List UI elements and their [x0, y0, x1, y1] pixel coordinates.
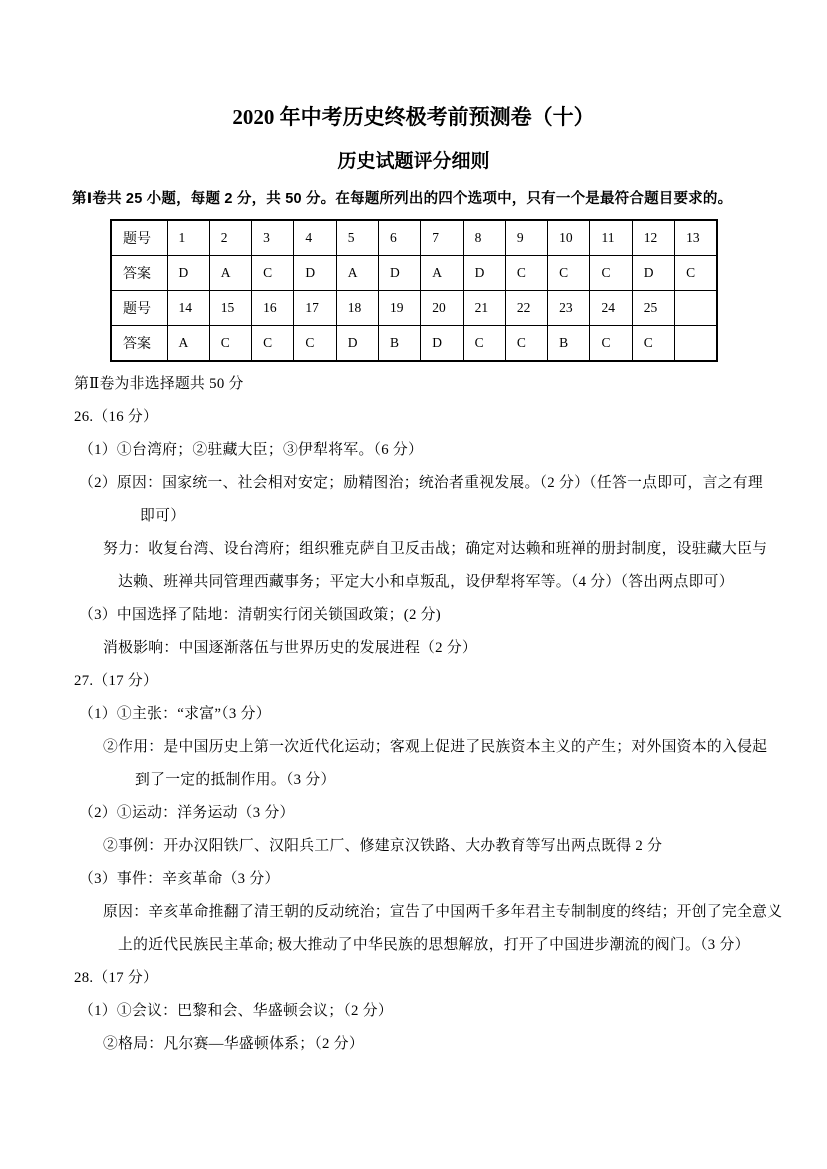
answer-line: 28.（17 分）	[72, 962, 755, 995]
answer-cell: 22	[505, 291, 547, 326]
answer-cell: D	[336, 326, 378, 362]
answer-cell: C	[294, 326, 336, 362]
answer-cell: C	[675, 256, 717, 291]
row-header-cell: 题号	[111, 220, 167, 256]
answer-table: 题号12345678910111213答案DACDADADCCCDC题号1415…	[110, 219, 718, 362]
answer-cell: 12	[632, 220, 674, 256]
answer-cell: 18	[336, 291, 378, 326]
answer-cell: C	[590, 326, 632, 362]
answer-cell: C	[463, 326, 505, 362]
answer-cell: A	[209, 256, 251, 291]
answer-line: 27.（17 分）	[72, 665, 755, 698]
row-header-cell: 答案	[111, 256, 167, 291]
answer-cell: C	[590, 256, 632, 291]
answer-cell: C	[252, 326, 294, 362]
row-header-cell: 答案	[111, 326, 167, 362]
answer-cell: 17	[294, 291, 336, 326]
document-page: 2020 年中考历史终极考前预测卷（十） 历史试题评分细则 第Ⅰ卷共 25 小题…	[0, 0, 827, 1169]
answer-line: （1）①主张：“求富”（3 分）	[72, 698, 755, 731]
answer-cell: D	[167, 256, 209, 291]
document-subtitle: 历史试题评分细则	[0, 151, 827, 173]
answer-cell: 20	[421, 291, 463, 326]
answer-cell	[675, 326, 717, 362]
answer-table-row: 题号141516171819202122232425	[111, 291, 717, 326]
answer-cell: A	[421, 256, 463, 291]
answer-cell: 8	[463, 220, 505, 256]
answer-line: 原因：辛亥革命推翻了清王朝的反动统治；宣告了中国两千多年君主专制制度的终结；开创…	[72, 896, 755, 929]
answer-cell: C	[252, 256, 294, 291]
answer-cell: C	[505, 256, 547, 291]
answer-cell: 10	[548, 220, 590, 256]
answer-cell: B	[548, 326, 590, 362]
answer-cell	[675, 291, 717, 326]
answer-line: 即可）	[72, 500, 755, 533]
answer-cell: 6	[378, 220, 420, 256]
answer-cell: A	[336, 256, 378, 291]
answer-cell: B	[378, 326, 420, 362]
answer-cell: 9	[505, 220, 547, 256]
answer-line: （2）原因：国家统一、社会相对安定；励精图治；统治者重视发展。（2 分）（任答一…	[72, 467, 755, 500]
answer-cell: C	[632, 326, 674, 362]
row-header-cell: 题号	[111, 291, 167, 326]
answer-line: ②事例：开办汉阳铁厂、汉阳兵工厂、修建京汉铁路、大办教育等写出两点既得 2 分	[72, 830, 755, 863]
answer-line: 达赖、班禅共同管理西藏事务；平定大小和卓叛乱，设伊犁将军等。（4 分）（答出两点…	[72, 566, 755, 599]
answer-cell: 23	[548, 291, 590, 326]
answer-line: （3）事件：辛亥革命（3 分）	[72, 863, 755, 896]
answer-cell: 11	[590, 220, 632, 256]
answer-cell: 15	[209, 291, 251, 326]
answer-table-row: 答案DACDADADCCCDC	[111, 256, 717, 291]
answer-cell: 4	[294, 220, 336, 256]
answer-line: 到了一定的抵制作用。（3 分）	[72, 764, 755, 797]
answer-cell: 2	[209, 220, 251, 256]
answer-cell: 3	[252, 220, 294, 256]
answer-line: 努力：收复台湾、设台湾府；组织雅克萨自卫反击战；确定对达赖和班禅的册封制度，设驻…	[72, 533, 755, 566]
answer-line: （2）①运动：洋务运动（3 分）	[72, 797, 755, 830]
answer-cell: 16	[252, 291, 294, 326]
document-content: 第Ⅰ卷共 25 小题，每题 2 分，共 50 分。在每题所列出的四个选项中，只有…	[72, 190, 755, 1061]
answer-cell: 13	[675, 220, 717, 256]
answer-cell: C	[209, 326, 251, 362]
answer-line: 消极影响：中国逐渐落伍与世界历史的发展进程（2 分）	[72, 632, 755, 665]
answer-line: ②作用：是中国历史上第一次近代化运动；客观上促进了民族资本主义的产生；对外国资本…	[72, 731, 755, 764]
answer-cell: 7	[421, 220, 463, 256]
answer-cell: 25	[632, 291, 674, 326]
answer-cell: D	[632, 256, 674, 291]
answer-cell: 5	[336, 220, 378, 256]
answer-line: 上的近代民族民主革命; 极大推动了中华民族的思想解放，打开了中国进步潮流的阀门。…	[72, 929, 755, 962]
answer-cell: 19	[378, 291, 420, 326]
answer-table-row: 题号12345678910111213	[111, 220, 717, 256]
answer-cell: 21	[463, 291, 505, 326]
answer-cell: D	[421, 326, 463, 362]
part2-answers: 第Ⅱ卷为非选择题共 50 分26.（16 分）（1）①台湾府；②驻藏大臣；③伊犁…	[72, 368, 755, 1061]
answer-cell: C	[548, 256, 590, 291]
answer-cell: 24	[590, 291, 632, 326]
part1-instructions: 第Ⅰ卷共 25 小题，每题 2 分，共 50 分。在每题所列出的四个选项中，只有…	[72, 190, 755, 208]
answer-cell: 14	[167, 291, 209, 326]
answer-table-row: 答案ACCCDBDCCBCC	[111, 326, 717, 362]
answer-cell: D	[378, 256, 420, 291]
answer-line: （1）①台湾府；②驻藏大臣；③伊犁将军。（6 分）	[72, 434, 755, 467]
answer-cell: C	[505, 326, 547, 362]
document-title: 2020 年中考历史终极考前预测卷（十）	[0, 0, 827, 130]
answer-line: 第Ⅱ卷为非选择题共 50 分	[72, 368, 755, 401]
answer-line: （1）①会议：巴黎和会、华盛顿会议；（2 分）	[72, 995, 755, 1028]
answer-cell: 1	[167, 220, 209, 256]
answer-line: （3）中国选择了陆地：清朝实行闭关锁国政策；(2 分)	[72, 599, 755, 632]
answer-table-body: 题号12345678910111213答案DACDADADCCCDC题号1415…	[111, 220, 717, 361]
answer-line: 26.（16 分）	[72, 401, 755, 434]
answer-cell: D	[294, 256, 336, 291]
answer-cell: A	[167, 326, 209, 362]
answer-line: ②格局：凡尔赛—华盛顿体系；（2 分）	[72, 1028, 755, 1061]
answer-cell: D	[463, 256, 505, 291]
